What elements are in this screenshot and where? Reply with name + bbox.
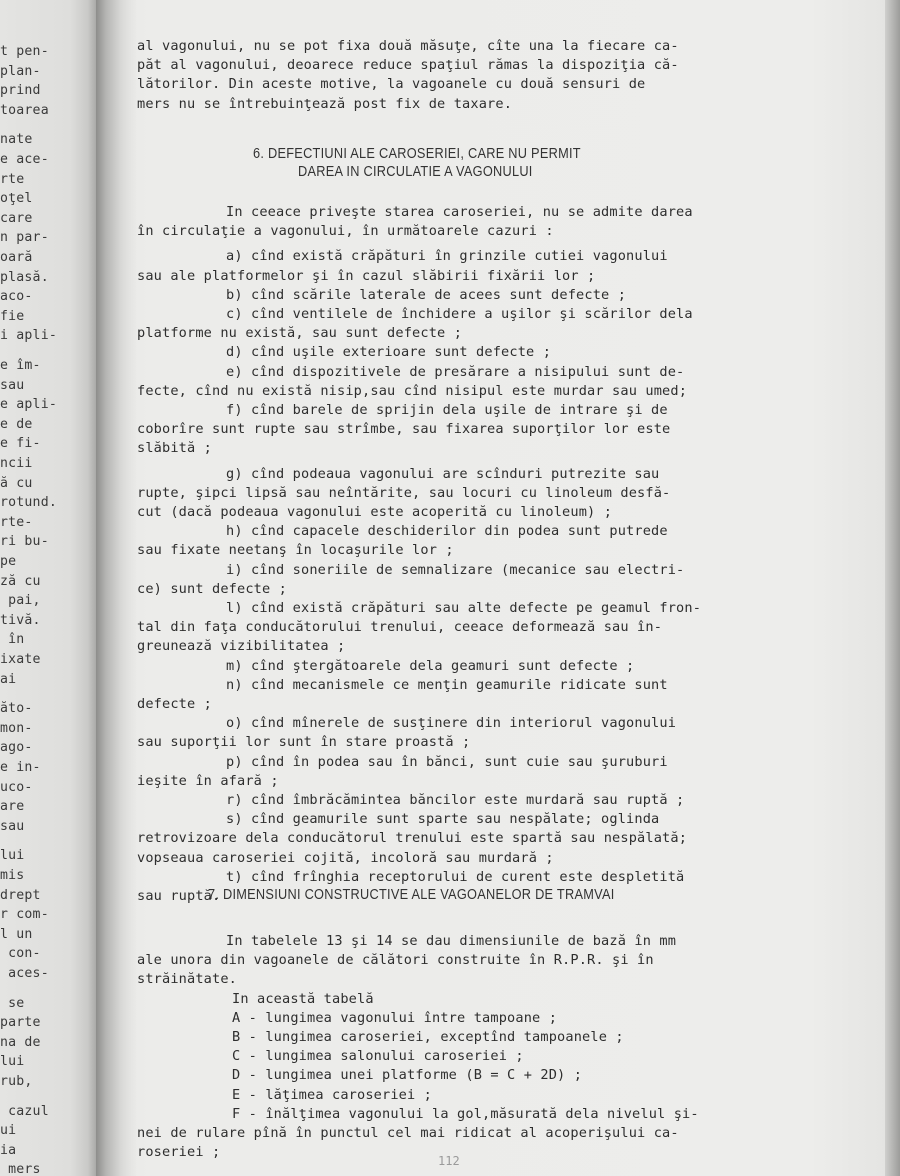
previous-page-fragment: e apli- (0, 395, 57, 415)
previous-page-fragment: ză cu (0, 572, 41, 592)
section-6-line: e) cînd dispozitivele de presărare a nis… (226, 363, 684, 382)
paragraph-line: lătorilor. Din aceste motive, la vagoane… (137, 75, 645, 94)
previous-page-fragment: ui (0, 1121, 16, 1141)
section-6-line: vopseaua caroseriei cojită, incoloră sau… (137, 849, 554, 868)
section-6-line: sau suporţii lor sunt în stare proastă ; (137, 733, 470, 752)
section-7-line: F - înălţimea vagonului la gol,măsurată … (232, 1105, 699, 1124)
previous-page-fragment: ia (0, 1141, 16, 1161)
previous-page-fragment: ncii (0, 454, 33, 474)
section-6-line: m) cînd ştergătoarele dela geamuri sunt … (226, 657, 634, 676)
previous-page-fragment: plan- (0, 62, 41, 82)
previous-page-fragment: na de (0, 1033, 41, 1053)
section-7-line: C - lungimea salonului caroseriei ; (232, 1047, 524, 1066)
previous-page-fragment: e de (0, 415, 33, 435)
previous-page-fragment: parte (0, 1013, 41, 1033)
section-6-line: n) cînd mecanismele ce menţin geamurile … (226, 676, 668, 695)
previous-page-fragment: prind (0, 81, 41, 101)
section-6-line: l) cînd există crăpături sau alte defect… (226, 599, 701, 618)
section-6-title-line-2: DAREA IN CIRCULATIE A VAGONULUI (298, 164, 533, 180)
previous-page-fragment: rte- (0, 513, 33, 533)
previous-page-fragment: fie (0, 307, 24, 327)
section-6-line: defecte ; (137, 695, 212, 714)
previous-page-fragment: ixate (0, 650, 41, 670)
previous-page-fragment: pe (0, 552, 16, 572)
previous-page-fragment: aces- (0, 964, 49, 984)
previous-page-fragment: con- (0, 944, 41, 964)
section-6-line: ce) sunt defecte ; (137, 580, 287, 599)
section-7-line: In această tabelă (232, 990, 374, 1009)
section-7-line: D - lungimea unei platforme (B = C + 2D)… (232, 1066, 582, 1085)
previous-page-fragment: e ace- (0, 150, 49, 170)
section-6-line: a) cînd există crăpături în grinzile cut… (226, 247, 668, 266)
section-6-line: g) cînd podeaua vagonului are scînduri p… (226, 465, 659, 484)
previous-page-fragment: ăto- (0, 699, 33, 719)
section-6-line: sau fixate neetanş în locaşurile lor ; (137, 541, 454, 560)
section-6-line: cut (dacă podeaua vagonului este acoperi… (137, 503, 612, 522)
previous-page-fragment: în (0, 630, 24, 650)
paragraph-line: mers nu se întrebuinţează post fix de ta… (137, 95, 512, 114)
previous-page-fragment: tivă. (0, 611, 41, 631)
section-6-line: p) cînd în podea sau în bănci, sunt cuie… (226, 753, 668, 772)
section-6-line: rupte, şipci lipsă sau neîntărite, sau l… (137, 484, 670, 503)
previous-page-fragment: uco- (0, 778, 33, 798)
section-7-line: ale unora din vagoanele de călători cons… (137, 951, 654, 970)
page-right-edge (885, 0, 900, 1176)
section-7-line: In tabelele 13 şi 14 se dau dimensiunile… (226, 932, 676, 951)
previous-page-fragment: care (0, 209, 33, 229)
previous-page-fragment: nate (0, 130, 33, 150)
previous-page-fragment: t pen- (0, 42, 49, 62)
previous-page-fragment: mon- (0, 719, 33, 739)
section-6-title-line-1: 6. DEFECTIUNI ALE CAROSERIEI, CARE NU PE… (253, 146, 581, 162)
previous-page-fragment: cazul (0, 1102, 49, 1122)
section-6-line: i) cînd soneriile de semnalizare (mecani… (226, 561, 684, 580)
previous-page-fragment: aco- (0, 287, 33, 307)
previous-page-fragment: toarea (0, 101, 49, 121)
previous-page-fragment: e îm- (0, 356, 41, 376)
previous-page-fragment: e in- (0, 758, 41, 778)
previous-page-fragment: ri bu- (0, 532, 49, 552)
section-6-line: coborîre sunt rupte sau strîmbe, sau fix… (137, 420, 670, 439)
previous-page-fragment: l un (0, 925, 33, 945)
previous-page-edge: t pen-plan-prindtoareanatee ace-rteoţelc… (0, 0, 100, 1176)
section-6-line: r) cînd îmbrăcămintea băncilor este murd… (226, 791, 684, 810)
section-6-line: c) cînd ventilele de închidere a uşilor … (226, 305, 693, 324)
previous-page-fragment: oară (0, 248, 33, 268)
previous-page-fragment: e fi- (0, 434, 41, 454)
section-7-line: B - lungimea caroseriei, exceptînd tampo… (232, 1028, 624, 1047)
document-page: 6. DEFECTIUNI ALE CAROSERIEI, CARE NU PE… (120, 0, 888, 1176)
paragraph-line: al vagonului, nu se pot fixa două măsuţe… (137, 37, 679, 56)
section-7-line: nei de rulare pînă în punctul cel mai ri… (137, 1124, 679, 1143)
paragraph-line: păt al vagonului, deoarece reduce spaţiu… (137, 56, 679, 75)
previous-page-fragment: i apli- (0, 326, 57, 346)
previous-page-fragment: mers (0, 1160, 41, 1176)
section-6-line: d) cînd uşile exterioare sunt defecte ; (226, 343, 551, 362)
previous-page-fragment: sau (0, 376, 24, 396)
previous-page-fragment: mis (0, 866, 24, 886)
previous-page-fragment: sau (0, 817, 24, 837)
section-6-line: s) cînd geamurile sunt sparte sau nespăl… (226, 810, 659, 829)
section-6-line: slăbită ; (137, 439, 212, 458)
section-7-line: E - lăţimea caroseriei ; (232, 1086, 432, 1105)
section-6-line: ieşite în afară ; (137, 772, 279, 791)
section-7-line: străinătate. (137, 970, 237, 989)
section-7-line: A - lungimea vagonului între tampoane ; (232, 1009, 557, 1028)
section-6-line: o) cînd mînerele de susţinere din interi… (226, 714, 676, 733)
section-6-line: t) cînd frînghia receptorului de curent … (226, 868, 684, 887)
section-6-line: h) cînd capacele deschiderilor din podea… (226, 522, 668, 541)
previous-page-fragment: n par- (0, 228, 49, 248)
previous-page-fragment: pai, (0, 591, 41, 611)
previous-page-fragment: ago- (0, 738, 33, 758)
previous-page-fragment: drept (0, 886, 41, 906)
section-6-line: retrovizoare dela conducătorul trenului … (137, 829, 687, 848)
previous-page-fragment: rub, (0, 1072, 33, 1092)
section-7-title: 7. DIMENSIUNI CONSTRUCTIVE ALE VAGOANELO… (208, 887, 615, 903)
section-6-line: sau ruptă. (137, 887, 220, 906)
previous-page-fragment: plasă. (0, 268, 49, 288)
previous-page-fragment: are (0, 797, 24, 817)
page-number: 112 (438, 1154, 460, 1168)
previous-page-fragment: rte (0, 170, 24, 190)
section-6-line: greunează vizibilitatea ; (137, 637, 345, 656)
previous-page-fragment: lui (0, 846, 24, 866)
previous-page-fragment: se (0, 994, 24, 1014)
section-6-line: fecte, cînd nu există nisip,sau cînd nis… (137, 382, 687, 401)
section-6-line: f) cînd barele de sprijin dela uşile de … (226, 401, 668, 420)
section-6-line: In ceeace priveşte starea caroseriei, nu… (226, 203, 693, 222)
previous-page-fragment: ai (0, 670, 16, 690)
section-6-line: sau ale platformelor şi în cazul slăbiri… (137, 267, 595, 286)
previous-page-fragment: ă cu (0, 474, 33, 494)
section-6-line: tal din faţa conducătorului trenului, ce… (137, 618, 662, 637)
previous-page-fragment: oţel (0, 189, 33, 209)
section-6-line: platforme nu există, sau sunt defecte ; (137, 324, 462, 343)
previous-page-fragment: r com- (0, 905, 49, 925)
section-6-line: b) cînd scările laterale de acees sunt d… (226, 286, 626, 305)
previous-page-fragment: lui (0, 1052, 24, 1072)
previous-page-fragment: rotund. (0, 493, 57, 513)
section-6-line: în circulaţie a vagonului, în următoarel… (137, 222, 554, 241)
section-7-line: roseriei ; (137, 1143, 220, 1162)
